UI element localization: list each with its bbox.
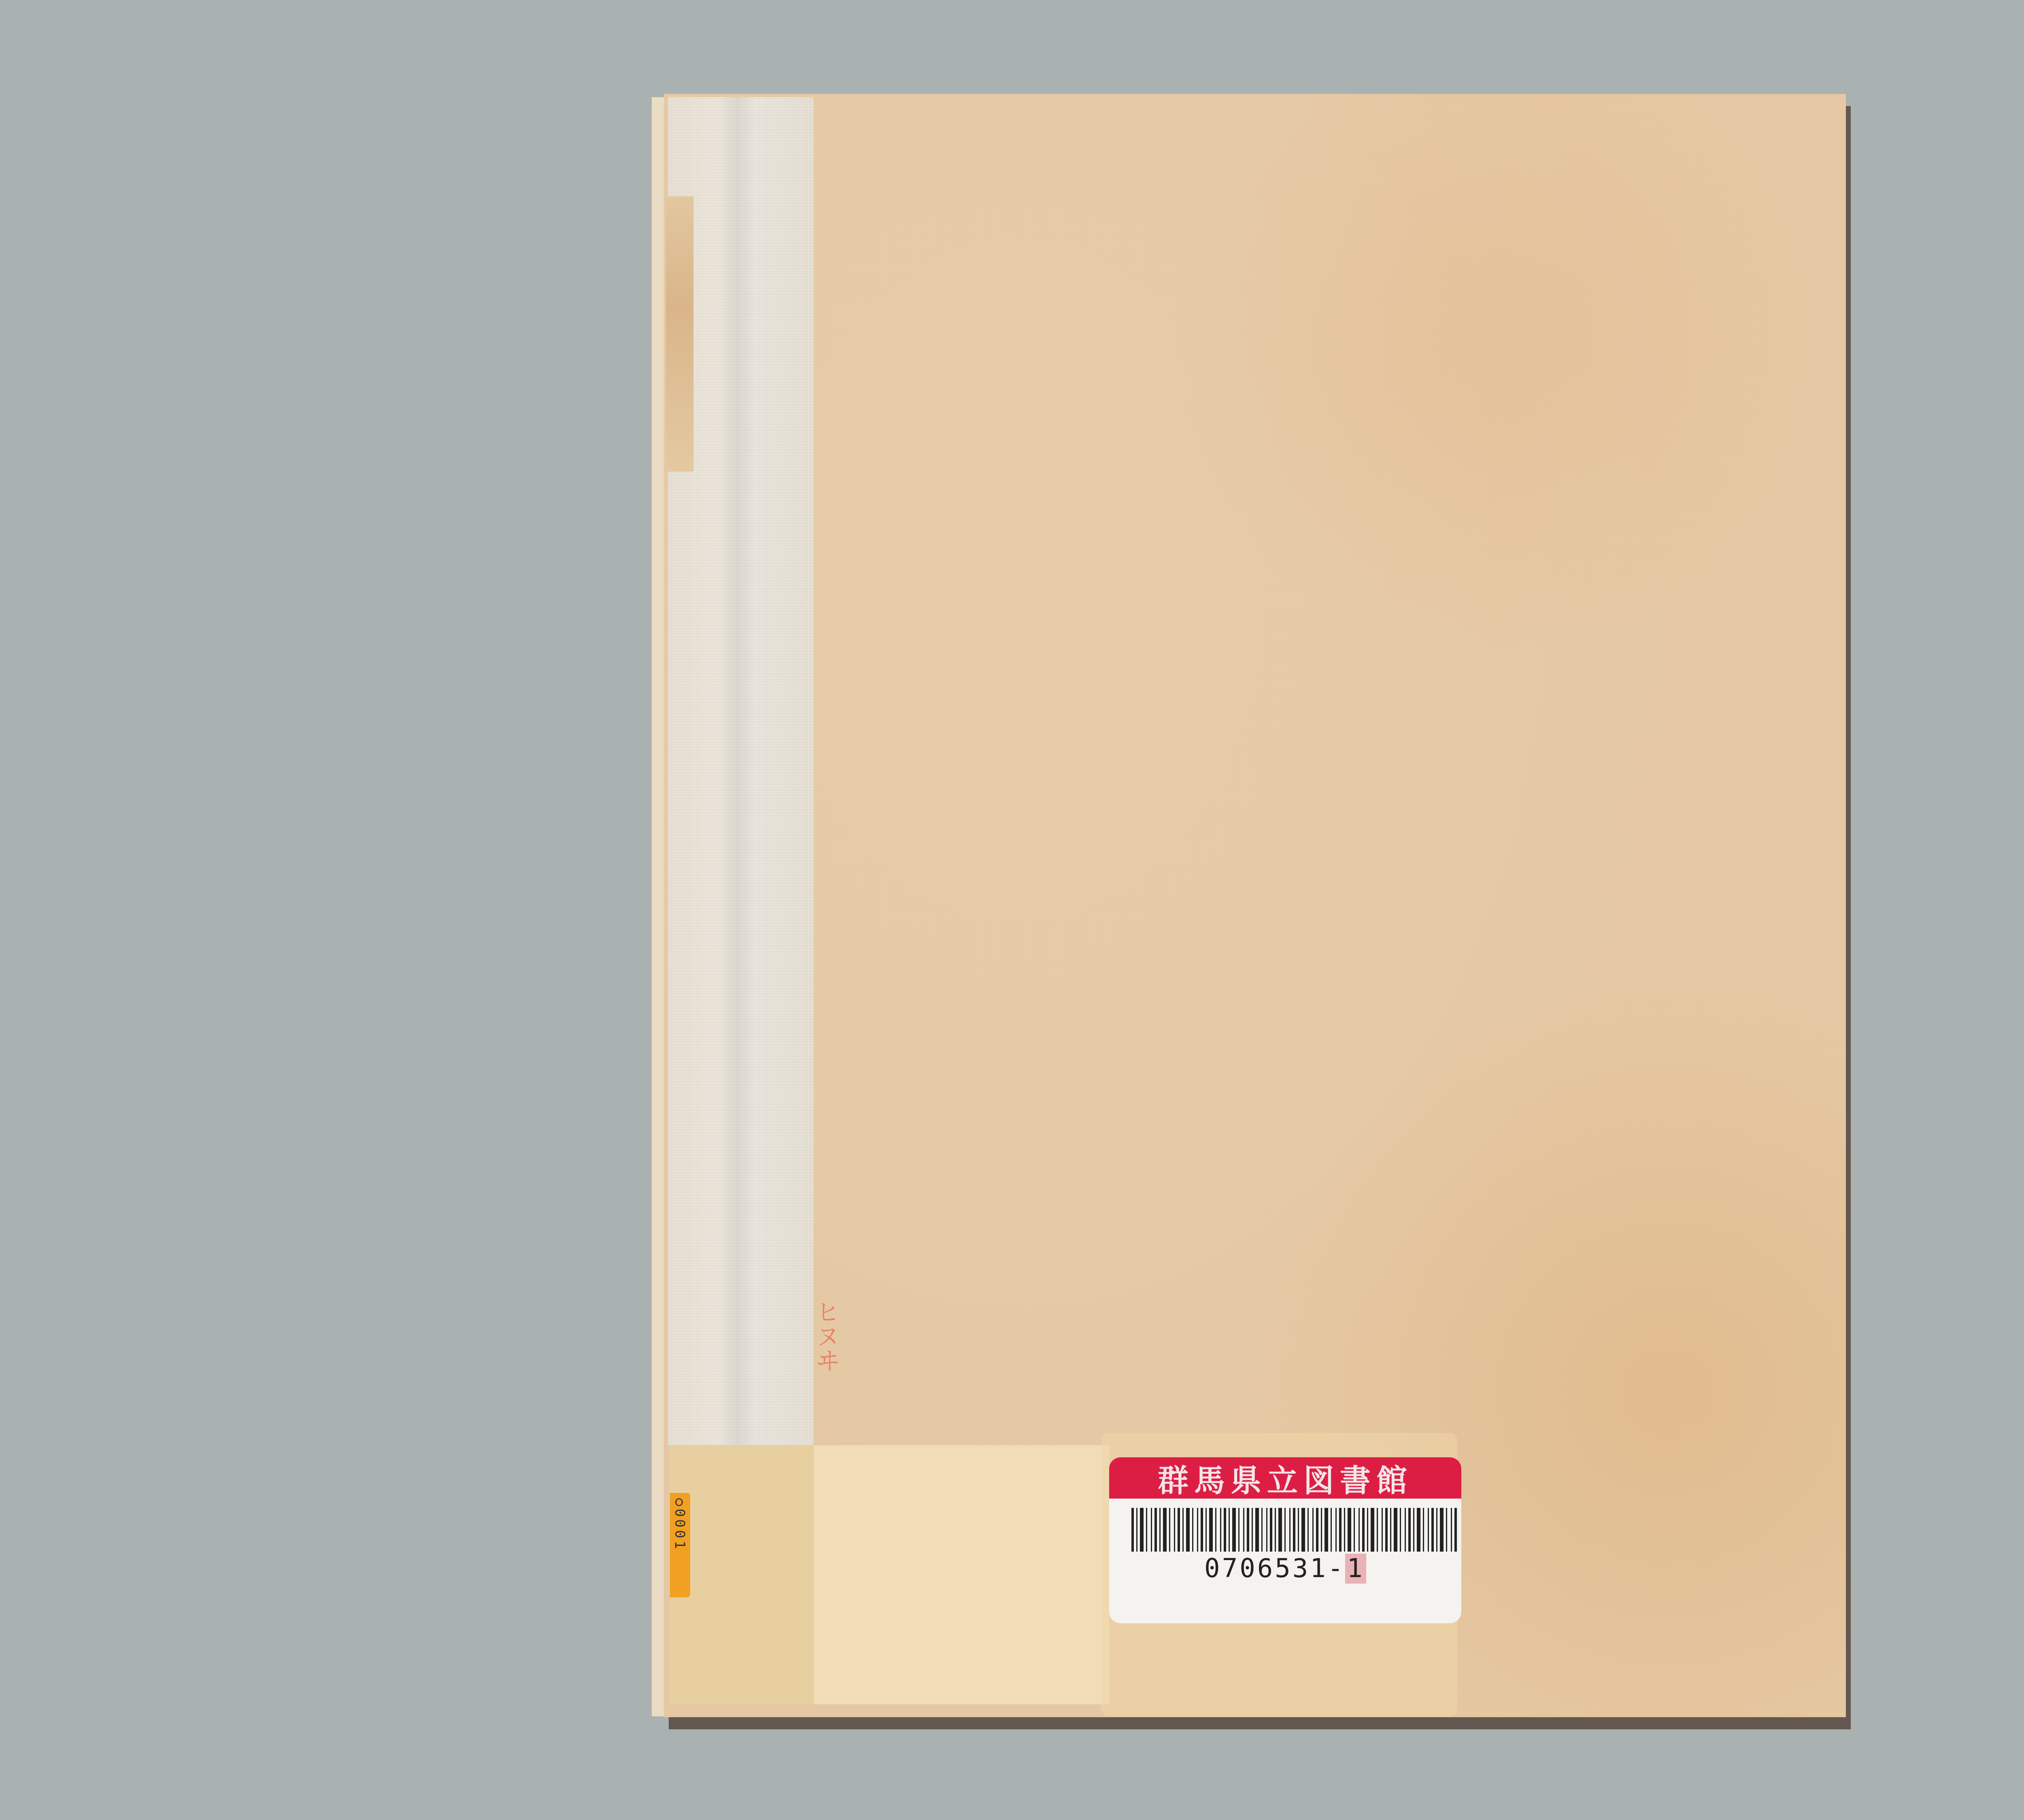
barcode-number: 0706531-1 [1109,1554,1461,1584]
protective-tape-strip [814,1445,1109,1704]
red-pencil-handwriting: ヒヌヰ [820,1299,844,1453]
copy-number: 1 [1345,1554,1366,1584]
barcode-digits: 0706531- [1204,1554,1345,1584]
spine-tape-lower [670,1445,814,1704]
barcode-icon [1131,1508,1459,1552]
spine-label-remnant [666,196,693,472]
spine-sticker-text: ഠ0001 [672,1497,688,1552]
library-name-header: 群馬県立図書館 [1109,1457,1461,1499]
library-barcode-label: 群馬県立図書館 0706531-1 [1109,1457,1461,1623]
spine-classification-sticker: ഠ0001 [670,1493,690,1597]
